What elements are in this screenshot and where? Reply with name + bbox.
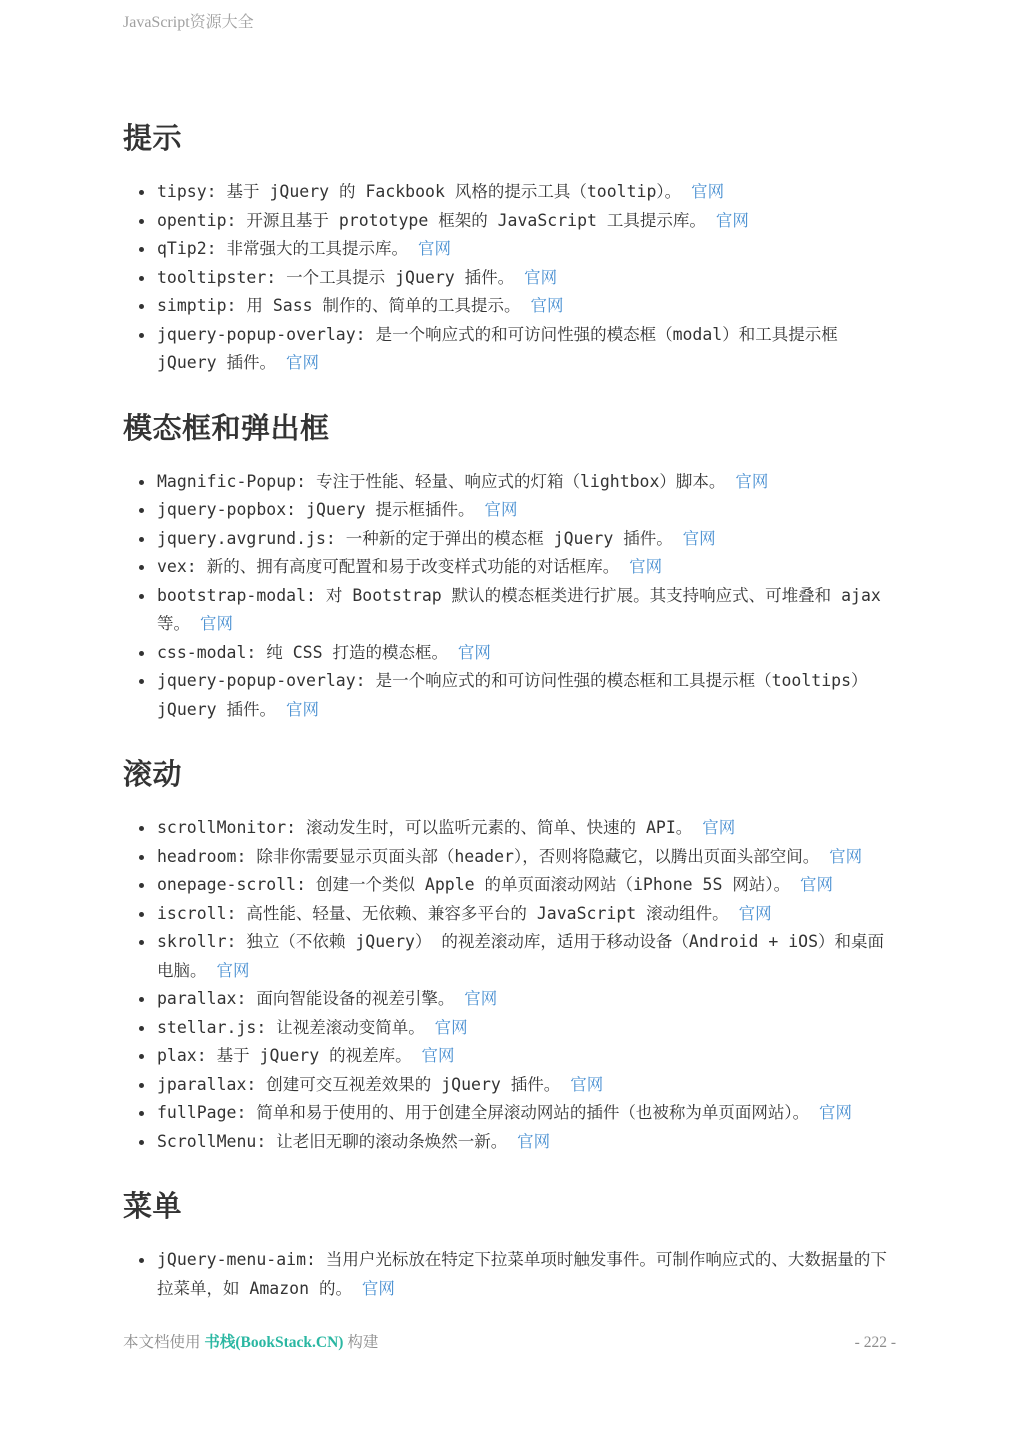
library-name: jparallax: — [157, 1075, 256, 1094]
document-page: JavaScript资源大全 提示 tipsy: 基于 jQuery 的 Fac… — [0, 0, 1019, 1440]
list-item: qTip2: 非常强大的工具提示库。 官网 — [157, 235, 896, 264]
official-site-link[interactable]: 官网 — [800, 875, 833, 894]
library-description: 非常强大的工具提示库。 — [227, 239, 409, 258]
library-description: 基于 jQuery 的 Fackbook 风格的提示工具（tooltip）。 — [227, 182, 682, 201]
library-name: scrollMonitor: — [157, 818, 296, 837]
library-description: 基于 jQuery 的视差库。 — [217, 1046, 412, 1065]
list-item: fullPage: 简单和易于使用的、用于创建全屏滚动网站的插件（也被称为单页面… — [157, 1099, 896, 1128]
library-name: headroom: — [157, 847, 246, 866]
list-item: opentip: 开源且基于 prototype 框架的 JavaScript … — [157, 207, 896, 236]
list-item: tooltipster: 一个工具提示 jQuery 插件。 官网 — [157, 264, 896, 293]
library-name: simptip: — [157, 296, 236, 315]
library-description: 开源且基于 prototype 框架的 JavaScript 工具提示库。 — [246, 211, 705, 230]
library-description: 创建可交互视差效果的 jQuery 插件。 — [266, 1075, 560, 1094]
official-site-link[interactable]: 官网 — [735, 472, 768, 491]
official-site-link[interactable]: 官网 — [517, 1132, 550, 1151]
library-description: 简单和易于使用的、用于创建全屏滚动网站的插件（也被称为单页面网站）。 — [256, 1103, 809, 1122]
list-item: jquery.avgrund.js: 一种新的定于弹出的模态框 jQuery 插… — [157, 525, 896, 554]
official-site-link[interactable]: 官网 — [702, 818, 735, 837]
library-description: 高性能、轻量、无依赖、兼容多平台的 JavaScript 滚动组件。 — [246, 904, 728, 923]
list-item: headroom: 除非你需要显示页面头部（header），否则将隐藏它，以腾出… — [157, 843, 896, 872]
library-name: skrollr: — [157, 932, 236, 951]
list-item: plax: 基于 jQuery 的视差库。 官网 — [157, 1042, 896, 1071]
library-name: tooltipster: — [157, 268, 276, 287]
list-item: css-modal: 纯 CSS 打造的模态框。 官网 — [157, 639, 896, 668]
official-site-link[interactable]: 官网 — [691, 182, 724, 201]
list-item: jquery-popbox: jQuery 提示框插件。 官网 — [157, 496, 896, 525]
footer-build-note: 本文档使用 书栈(BookStack.CN) 构建 — [123, 1330, 378, 1352]
official-site-link[interactable]: 官网 — [524, 268, 557, 287]
official-site-link[interactable]: 官网 — [200, 614, 233, 633]
library-name: jquery-popup-overlay: — [157, 325, 366, 344]
official-site-link[interactable]: 官网 — [286, 700, 319, 719]
footer-suffix: 构建 — [347, 1334, 378, 1351]
section-tooltips: 提示 tipsy: 基于 jQuery 的 Fackbook 风格的提示工具（t… — [123, 121, 896, 378]
official-site-link[interactable]: 官网 — [716, 211, 749, 230]
library-name: bootstrap-modal: — [157, 586, 316, 605]
document-footer: 本文档使用 书栈(BookStack.CN) 构建 - 222 - — [123, 1330, 896, 1352]
section-scrolling: 滚动 scrollMonitor: 滚动发生时，可以监听元素的、简单、快速的 A… — [123, 757, 896, 1156]
list-item: Magnific-Popup: 专注于性能、轻量、响应式的灯箱（lightbox… — [157, 468, 896, 497]
library-description: 滚动发生时，可以监听元素的、简单、快速的 API。 — [306, 818, 692, 837]
library-name: stellar.js: — [157, 1018, 266, 1037]
library-description: 独立（不依赖 jQuery） 的视差滚动库，适用于移动设备（Android + … — [157, 932, 884, 980]
library-description: 用 Sass 制作的、简单的工具提示。 — [246, 296, 520, 315]
list-item: jQuery-menu-aim: 当用户光标放在特定下拉菜单项时触发事件。可制作… — [157, 1246, 896, 1303]
library-name: opentip: — [157, 211, 236, 230]
library-description: jQuery 提示框插件。 — [306, 500, 475, 519]
list-item: stellar.js: 让视差滚动变简单。 官网 — [157, 1014, 896, 1043]
section-title: 提示 — [123, 121, 896, 156]
library-name: vex: — [157, 557, 197, 576]
library-name: fullPage: — [157, 1103, 246, 1122]
official-site-link[interactable]: 官网 — [629, 557, 662, 576]
list-item: tipsy: 基于 jQuery 的 Fackbook 风格的提示工具（tool… — [157, 178, 896, 207]
official-site-link[interactable]: 官网 — [362, 1279, 395, 1298]
official-site-link[interactable]: 官网 — [286, 353, 319, 372]
official-site-link[interactable]: 官网 — [458, 643, 491, 662]
list-item: jquery-popup-overlay: 是一个响应式的和可访问性强的模态框（… — [157, 321, 896, 378]
library-name: plax: — [157, 1046, 207, 1065]
library-description: 让视差滚动变简单。 — [276, 1018, 425, 1037]
list-item: jparallax: 创建可交互视差效果的 jQuery 插件。 官网 — [157, 1071, 896, 1100]
library-description: 纯 CSS 打造的模态框。 — [266, 643, 448, 662]
library-description: 创建一个类似 Apple 的单页面滚动网站（iPhone 5S 网站）。 — [316, 875, 790, 894]
list-item: onepage-scroll: 创建一个类似 Apple 的单页面滚动网站（iP… — [157, 871, 896, 900]
bookstack-brand-link[interactable]: 书栈(BookStack.CN) — [204, 1334, 343, 1351]
library-name: jquery.avgrund.js: — [157, 529, 336, 548]
library-description: 让老旧无聊的滚动条焕然一新。 — [276, 1132, 507, 1151]
official-site-link[interactable]: 官网 — [418, 239, 451, 258]
section-title: 菜单 — [123, 1189, 896, 1224]
page-number: - 222 - — [855, 1334, 896, 1352]
resource-list: scrollMonitor: 滚动发生时，可以监听元素的、简单、快速的 API。… — [123, 814, 896, 1156]
library-description: 除非你需要显示页面头部（header），否则将隐藏它，以腾出页面头部空间。 — [256, 847, 819, 866]
library-name: ScrollMenu: — [157, 1132, 266, 1151]
official-site-link[interactable]: 官网 — [739, 904, 772, 923]
library-description: 一种新的定于弹出的模态框 jQuery 插件。 — [346, 529, 673, 548]
official-site-link[interactable]: 官网 — [530, 296, 563, 315]
list-item: ScrollMenu: 让老旧无聊的滚动条焕然一新。 官网 — [157, 1128, 896, 1157]
library-name: Magnific-Popup: — [157, 472, 306, 491]
official-site-link[interactable]: 官网 — [464, 989, 497, 1008]
library-name: jQuery-menu-aim: — [157, 1250, 316, 1269]
list-item: simptip: 用 Sass 制作的、简单的工具提示。 官网 — [157, 292, 896, 321]
document-title-header: JavaScript资源大全 — [123, 14, 896, 32]
list-item: jquery-popup-overlay: 是一个响应式的和可访问性强的模态框和… — [157, 667, 896, 724]
official-site-link[interactable]: 官网 — [570, 1075, 603, 1094]
resource-list: tipsy: 基于 jQuery 的 Fackbook 风格的提示工具（tool… — [123, 178, 896, 378]
list-item: iscroll: 高性能、轻量、无依赖、兼容多平台的 JavaScript 滚动… — [157, 900, 896, 929]
library-name: qTip2: — [157, 239, 217, 258]
section-title: 模态框和弹出框 — [123, 411, 896, 446]
library-name: onepage-scroll: — [157, 875, 306, 894]
list-item: vex: 新的、拥有高度可配置和易于改变样式功能的对话框库。 官网 — [157, 553, 896, 582]
official-site-link[interactable]: 官网 — [683, 529, 716, 548]
library-name: iscroll: — [157, 904, 236, 923]
list-item: bootstrap-modal: 对 Bootstrap 默认的模态框类进行扩展… — [157, 582, 896, 639]
library-description: 新的、拥有高度可配置和易于改变样式功能的对话框库。 — [207, 557, 620, 576]
library-name: parallax: — [157, 989, 246, 1008]
section-modals-popups: 模态框和弹出框 Magnific-Popup: 专注于性能、轻量、响应式的灯箱（… — [123, 411, 896, 725]
resource-list: Magnific-Popup: 专注于性能、轻量、响应式的灯箱（lightbox… — [123, 468, 896, 725]
library-description: 一个工具提示 jQuery 插件。 — [286, 268, 514, 287]
official-site-link[interactable]: 官网 — [829, 847, 862, 866]
list-item: skrollr: 独立（不依赖 jQuery） 的视差滚动库，适用于移动设备（A… — [157, 928, 896, 985]
official-site-link[interactable]: 官网 — [422, 1046, 455, 1065]
official-site-link[interactable]: 官网 — [435, 1018, 468, 1037]
library-description: 面向智能设备的视差引擎。 — [256, 989, 454, 1008]
official-site-link[interactable]: 官网 — [216, 961, 249, 980]
library-name: jquery-popup-overlay: — [157, 671, 366, 690]
footer-prefix: 本文档使用 — [123, 1334, 201, 1351]
list-item: scrollMonitor: 滚动发生时，可以监听元素的、简单、快速的 API。… — [157, 814, 896, 843]
official-site-link[interactable]: 官网 — [819, 1103, 852, 1122]
official-site-link[interactable]: 官网 — [485, 500, 518, 519]
section-title: 滚动 — [123, 757, 896, 792]
library-name: tipsy: — [157, 182, 217, 201]
resource-list: jQuery-menu-aim: 当用户光标放在特定下拉菜单项时触发事件。可制作… — [123, 1246, 896, 1303]
library-description: 专注于性能、轻量、响应式的灯箱（lightbox）脚本。 — [316, 472, 725, 491]
library-name: jquery-popbox: — [157, 500, 296, 519]
section-menus: 菜单 jQuery-menu-aim: 当用户光标放在特定下拉菜单项时触发事件。… — [123, 1189, 896, 1303]
list-item: parallax: 面向智能设备的视差引擎。 官网 — [157, 985, 896, 1014]
library-name: css-modal: — [157, 643, 256, 662]
